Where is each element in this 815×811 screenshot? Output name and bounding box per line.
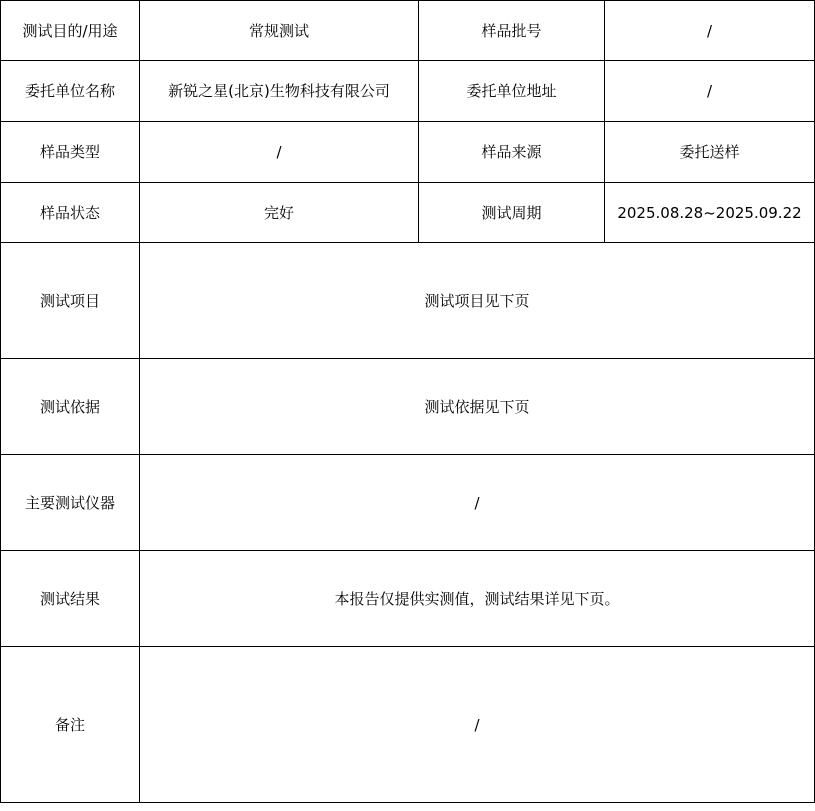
row-sample-status: 样品状态 完好 测试周期 2025.08.28~2025.09.22: [1, 183, 815, 243]
row-test-items: 测试项目 测试项目见下页: [1, 243, 815, 359]
row-test-results: 测试结果 本报告仅提供实测值，测试结果详见下页。: [1, 551, 815, 647]
label-sample-source: 样品来源: [419, 122, 605, 183]
value-test-purpose: 常规测试: [140, 1, 419, 61]
label-client-name: 委托单位名称: [1, 61, 140, 122]
row-test-basis: 测试依据 测试依据见下页: [1, 359, 815, 455]
label-test-period: 测试周期: [419, 183, 605, 243]
label-remarks: 备注: [1, 647, 140, 803]
label-client-address: 委托单位地址: [419, 61, 605, 122]
label-test-basis: 测试依据: [1, 359, 140, 455]
value-main-instruments: /: [140, 455, 815, 551]
row-client-name: 委托单位名称 新锐之星(北京)生物科技有限公司 委托单位地址 /: [1, 61, 815, 122]
value-client-address: /: [605, 61, 815, 122]
row-remarks: 备注 /: [1, 647, 815, 803]
row-main-instruments: 主要测试仪器 /: [1, 455, 815, 551]
value-sample-source: 委托送样: [605, 122, 815, 183]
label-sample-batch: 样品批号: [419, 1, 605, 61]
label-main-instruments: 主要测试仪器: [1, 455, 140, 551]
value-sample-status: 完好: [140, 183, 419, 243]
value-remarks: /: [140, 647, 815, 803]
value-test-results: 本报告仅提供实测值，测试结果详见下页。: [140, 551, 815, 647]
row-sample-type: 样品类型 / 样品来源 委托送样: [1, 122, 815, 183]
label-test-items: 测试项目: [1, 243, 140, 359]
value-client-name: 新锐之星(北京)生物科技有限公司: [140, 61, 419, 122]
label-test-purpose: 测试目的/用途: [1, 1, 140, 61]
value-sample-batch: /: [605, 1, 815, 61]
value-test-items: 测试项目见下页: [140, 243, 815, 359]
value-test-basis: 测试依据见下页: [140, 359, 815, 455]
row-test-purpose: 测试目的/用途 常规测试 样品批号 /: [1, 1, 815, 61]
value-sample-type: /: [140, 122, 419, 183]
value-test-period: 2025.08.28~2025.09.22: [605, 183, 815, 243]
label-sample-status: 样品状态: [1, 183, 140, 243]
label-test-results: 测试结果: [1, 551, 140, 647]
label-sample-type: 样品类型: [1, 122, 140, 183]
test-report-table: 测试目的/用途 常规测试 样品批号 / 委托单位名称 新锐之星(北京)生物科技有…: [0, 0, 815, 803]
